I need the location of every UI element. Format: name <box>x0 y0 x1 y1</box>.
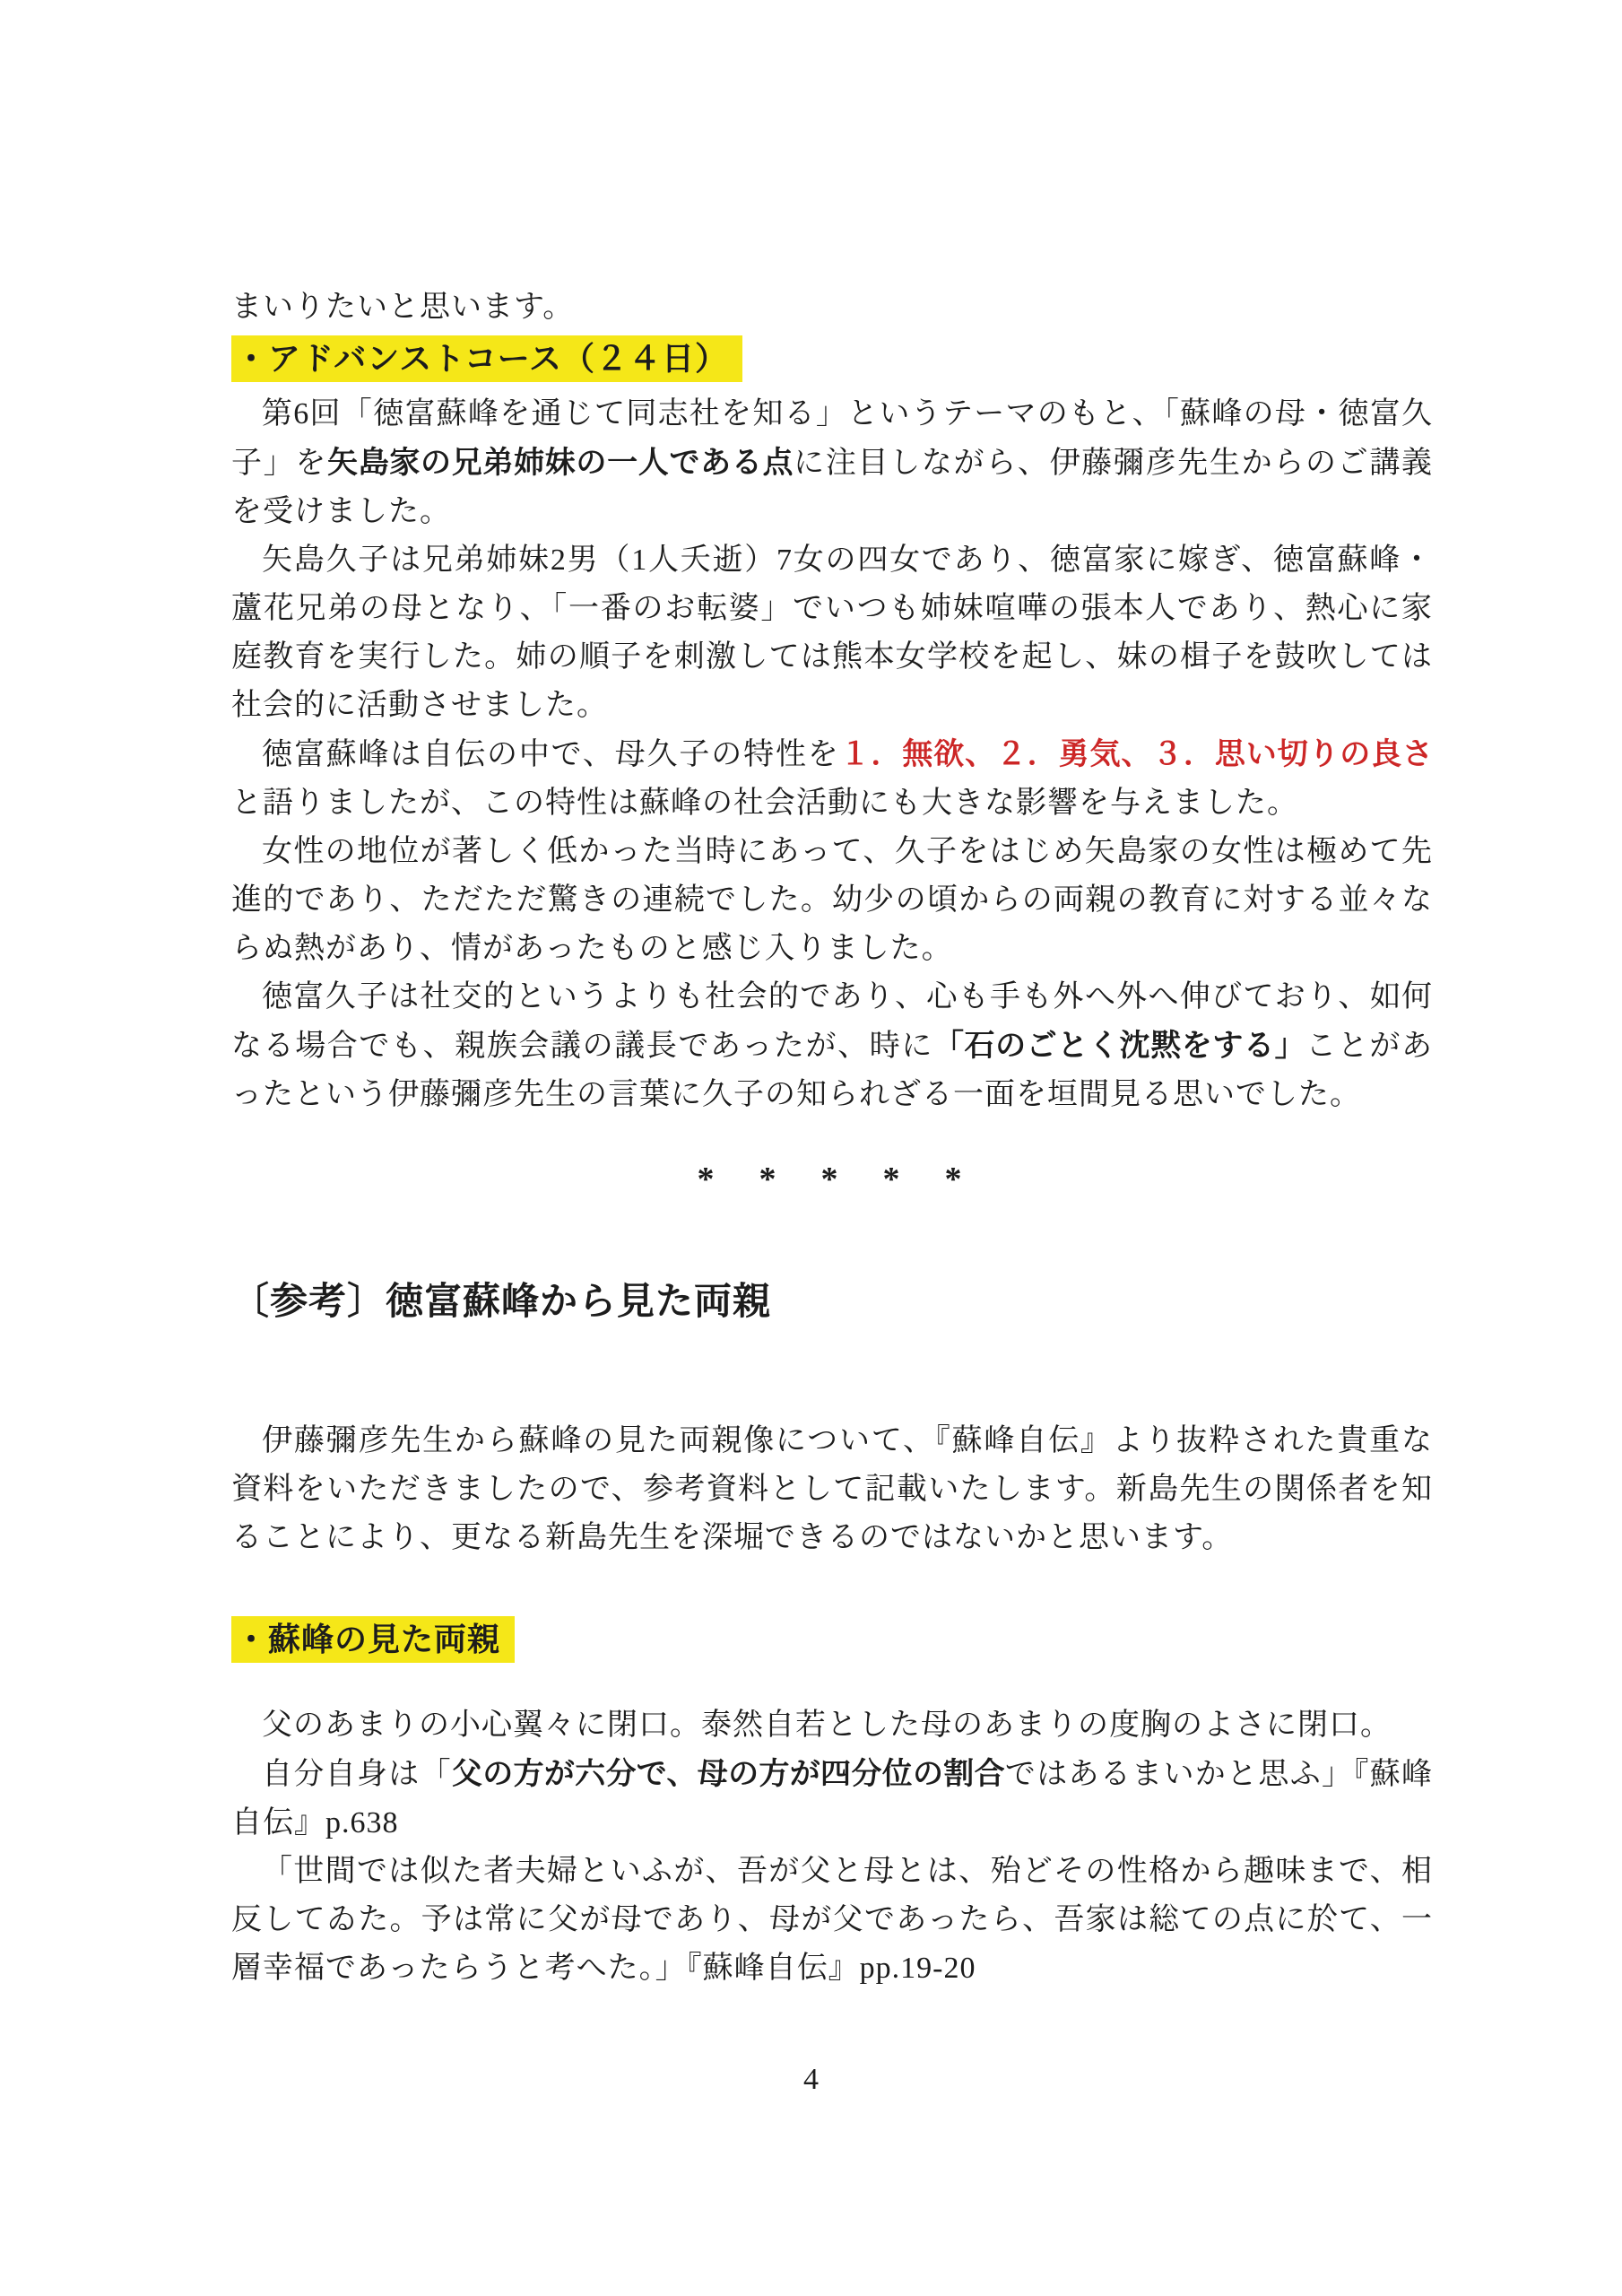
paragraph-ratio-quote: 自分自身は「父の方が六分で、母の方が四分位の割合ではあるまいかと思ふ」『蘇峰自伝… <box>231 1750 1433 1848</box>
paragraph-hisako-social: 徳富久子は社交的というよりも社会的であり、心も手も外へ外へ伸びており、如何なる場… <box>231 973 1433 1119</box>
bold-silence-quote: 「石のごとく沈黙をする」 <box>933 1029 1305 1063</box>
page-number: 4 <box>0 2063 1622 2097</box>
bold-ratio-quote: 父の方が六分で、母の方が四分位の割合 <box>452 1757 1005 1791</box>
paragraph-reference-intro: 伊藤彌彦先生から蘇峰の見た両親像について、『蘇峰自伝』より抜粋された貴重な資料を… <box>231 1417 1433 1562</box>
parents-heading-label: ・蘇峰の見た両親 <box>231 1616 515 1663</box>
paragraph-parents-impression: 父のあまりの小心翼々に閉口。泰然自若とした母のあまりの度胸のよさに閉口。 <box>231 1701 1433 1750</box>
paragraph-soho-lead: 徳富蘇峰は自伝の中で、母久子の特性を <box>262 738 840 771</box>
paragraph-ratio-lead: 自分自身は「 <box>262 1758 452 1791</box>
paragraph-continuation: まいりたいと思います。 <box>231 283 1433 332</box>
bold-yajima-family-point: 矢島家の兄弟姉妹の一人である点 <box>327 446 794 480</box>
paragraph-soho-tail: と語りましたが、この特性は蘇峰の社会活動にも大きな影響を与えました。 <box>231 787 1298 820</box>
reference-section-title: 〔参考〕徳富蘇峰から見た両親 <box>231 1275 1433 1327</box>
paragraph-lecture-intro: 第6回「徳富蘇峰を通じて同志社を知る」というテーマのもと、「蘇峰の母・徳富久子」… <box>231 390 1433 536</box>
parents-heading-highlight: ・蘇峰の見た両親 <box>231 1616 515 1665</box>
document-content: まいりたいと思います。 ・アドバンストコース（２４日） 第6回「徳富蘇峰を通じて… <box>0 0 1622 1993</box>
paragraph-couple-quote: 「世間では似た者夫婦といふが、吾が父と母とは、殆どその性格から趣味まで、相反して… <box>231 1848 1433 1993</box>
asterisk-separator: * * * * * <box>231 1155 1433 1204</box>
paragraph-hisako-biography: 矢島久子は兄弟姉妹2男（1人夭逝）7女の四女であり、徳富家に嫁ぎ、徳富蘇峰・蘆花… <box>231 536 1433 730</box>
document-page: まいりたいと思います。 ・アドバンストコース（２４日） 第6回「徳富蘇峰を通じて… <box>0 0 1622 2296</box>
paragraph-women-status: 女性の地位が著しく低かった当時にあって、久子をはじめ矢島家の女性は極めて先進的で… <box>231 828 1433 973</box>
course-heading-highlight: ・アドバンストコース（２４日） <box>231 335 742 385</box>
red-traits-list: １．無欲、２．勇気、３．思い切りの良さ <box>840 737 1433 771</box>
course-heading-label: ・アドバンストコース（２４日） <box>231 335 742 382</box>
paragraph-soho-autobiography: 徳富蘇峰は自伝の中で、母久子の特性を１．無欲、２．勇気、３．思い切りの良さと語り… <box>231 730 1433 828</box>
